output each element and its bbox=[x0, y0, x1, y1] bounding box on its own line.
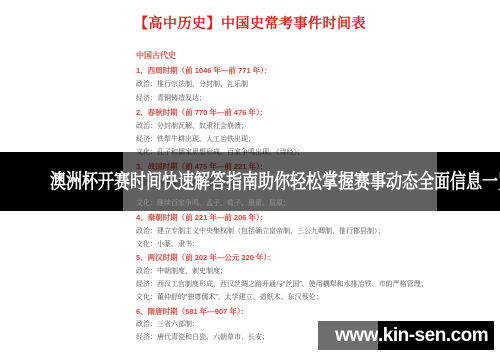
timeline-entry: 文化：小篆、隶书； bbox=[136, 239, 436, 249]
page: 【高中历史】中国史常考事件时间表 中国古代史 1、西周时期（前 1046 年—前… bbox=[0, 0, 500, 362]
timeline-entry: 政治：中朝制度、刺史制度； bbox=[136, 266, 436, 276]
watermark-suffix: .kin-sen.com bbox=[378, 321, 494, 350]
timeline-entry: 经济：西汉工官制度形成、西汉丝绸之路开通与“丝国”、使用耦犁和水排冶铁、市的严格… bbox=[136, 279, 436, 289]
timeline-entry: 政治：建立专制主义中央集权制（包括确立皇帝制、三公九卿制、推行郡县制）； bbox=[136, 226, 436, 236]
watermark: www .kin-sen.com bbox=[318, 321, 494, 350]
overlay-headline: 澳洲杯开赛时间快速解答指南助你轻松掌握赛事动态全面信息一览无遗 bbox=[50, 165, 450, 194]
timeline-entry: 文化：继续百家争鸣、孟子、荀子、墨翟、屈原； bbox=[136, 198, 436, 208]
timeline-entry: 经济：青铜铸造发达； bbox=[136, 93, 436, 103]
timeline-entry: 政治：推行宗法制、分封制、礼乐制 bbox=[136, 79, 436, 89]
timeline-heading-suitang: 6、隋唐时期（581 年—907 年）： bbox=[136, 306, 436, 317]
watermark-prefix: www bbox=[318, 321, 378, 350]
section-title: 中国古代史 bbox=[136, 50, 436, 61]
timeline-entry: 经济：铁犁牛耕出现、人工冶铁出现； bbox=[136, 134, 436, 144]
timeline-heading-qin: 4、秦朝时期（前 221 年—前 206 年）： bbox=[136, 212, 436, 223]
timeline-entry: 政治：分封制瓦解、奴隶社会崩溃； bbox=[136, 121, 436, 131]
timeline-heading-lianghan: 5、两汉时期（前 202 年—公元 220 年）： bbox=[136, 252, 436, 263]
timeline-heading-xizhou: 1、西周时期（前 1046 年—前 771 年）： bbox=[136, 65, 436, 76]
timeline-entry: 文化：董仲舒的“独尊儒术”、太学建立、造纸术、东汉蔡伦； bbox=[136, 292, 436, 302]
page-title: 【高中历史】中国史常考事件时间表 bbox=[0, 13, 500, 33]
timeline-heading-chunqiu: 2、春秋时期（前 770 年—前 476 年）： bbox=[136, 107, 436, 118]
